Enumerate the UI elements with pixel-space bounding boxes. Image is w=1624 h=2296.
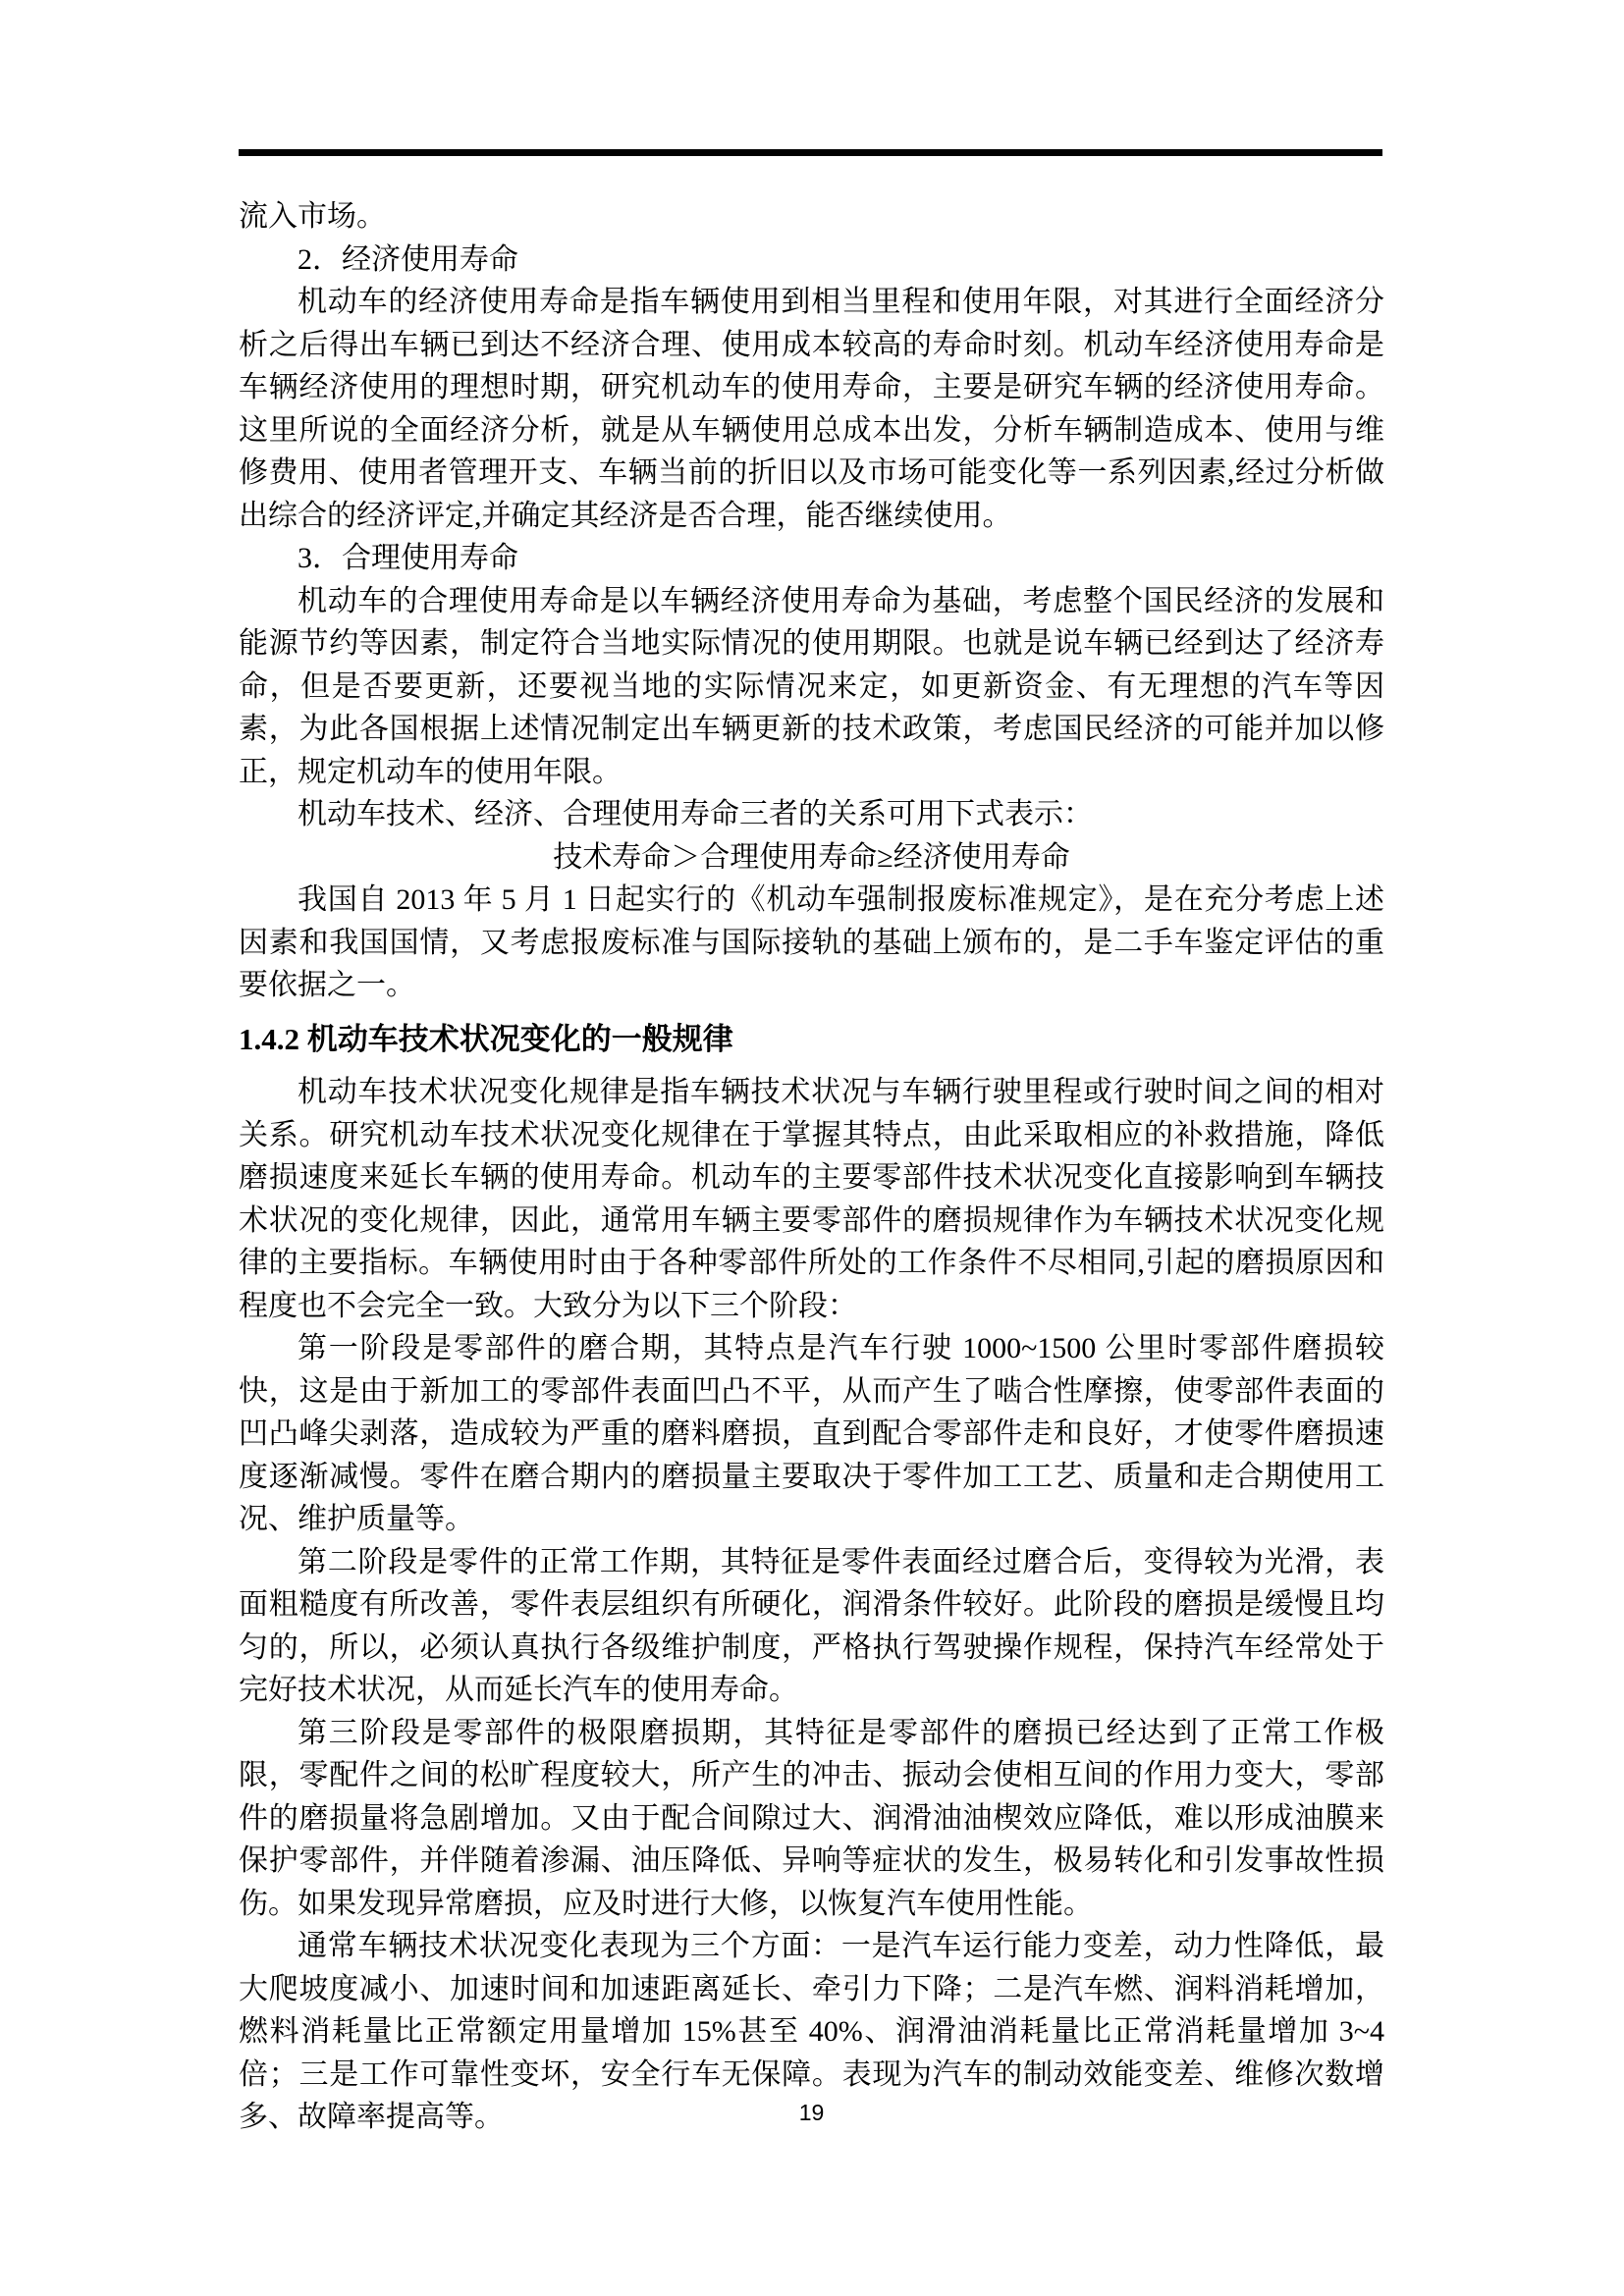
paragraph: 机动车的经济使用寿命是指车辆使用到相当里程和使用年限，对其进行全面经济分析之后得…	[239, 281, 1384, 537]
header-rule	[239, 149, 1382, 156]
paragraph: 第二阶段是零件的正常工作期，其特征是零件表面经过磨合后，变得较为光滑，表面粗糙度…	[239, 1541, 1384, 1712]
section-heading: 1.4.2 机动车技术状况变化的一般规律	[239, 1018, 1384, 1061]
page-footer: 19	[239, 2099, 1384, 2126]
formula-line: 技术寿命＞合理使用寿命≥经济使用寿命	[239, 836, 1384, 880]
paragraph: 2．经济使用寿命	[239, 239, 1384, 282]
page-number: 19	[799, 2100, 825, 2125]
paragraph: 第一阶段是零部件的磨合期，其特点是汽车行驶 1000~1500 公里时零部件磨损…	[239, 1327, 1384, 1541]
paragraph: 机动车的合理使用寿命是以车辆经济使用寿命为基础，考虑整个国民经济的发展和能源节约…	[239, 580, 1384, 794]
paragraph: 第三阶段是零部件的极限磨损期，其特征是零部件的磨损已经达到了正常工作极限，零配件…	[239, 1712, 1384, 1926]
paragraph: 机动车技术状况变化规律是指车辆技术状况与车辆行驶里程或行驶时间之间的相对关系。研…	[239, 1071, 1384, 1327]
paragraph: 流入市场。	[239, 195, 1384, 239]
paragraph: 机动车技术、经济、合理使用寿命三者的关系可用下式表示：	[239, 793, 1384, 836]
paragraph: 3．合理使用寿命	[239, 537, 1384, 580]
paragraph: 我国自 2013 年 5 月 1 日起实行的《机动车强制报废标准规定》，是在充分…	[239, 879, 1384, 1007]
page-content: 流入市场。2．经济使用寿命机动车的经济使用寿命是指车辆使用到相当里程和使用年限，…	[239, 195, 1384, 2139]
